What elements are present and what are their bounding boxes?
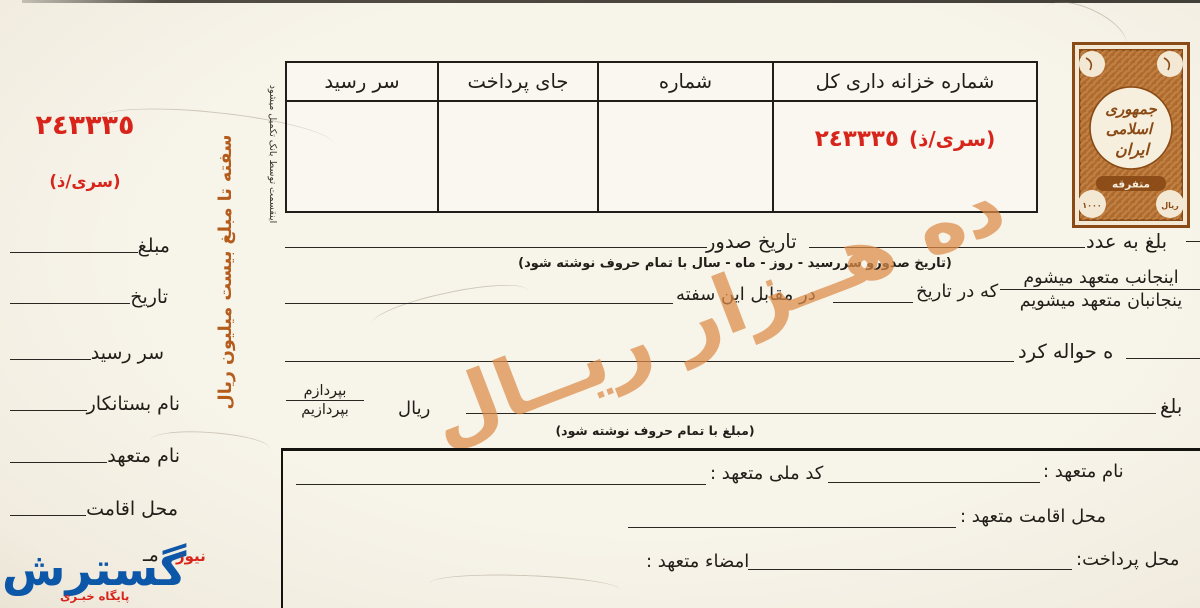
stub-row-obligor: نام متعهد [8, 441, 180, 467]
table-header-due-date: سر رسید [287, 63, 437, 102]
stamp-currency: ریال [1161, 201, 1179, 210]
news-logo: گسترش نیوز پایگاه خبـری [2, 538, 237, 608]
bank-completion-note: اینقسمت توسط بانک تکمیل میشود [264, 64, 278, 244]
on-date-label: که در تاریخ [916, 281, 998, 302]
stub-row-residence: محل اقامت [8, 494, 178, 520]
table-header-payment-place: جای پرداخت [439, 63, 597, 102]
pay-verb-stack: بپردازم بپردازیم [286, 383, 364, 418]
logo-tagline: پایگاه خبـری [60, 589, 129, 603]
stamp-banner-text: متفرقه [1112, 179, 1150, 191]
stub-amount-label: مبلغ [138, 235, 170, 257]
blank-line [10, 462, 107, 463]
stamp-country-line2: اسلامی [1106, 120, 1154, 138]
treasury-serial-series: (سری/ذ) [909, 127, 995, 151]
amount-words-label: بلغ [1160, 395, 1182, 418]
blank-line [10, 515, 86, 516]
blank-line [828, 482, 1040, 483]
obligor-singular-label: اینجانب متعهد میشوم [1023, 268, 1178, 288]
blank-line [10, 303, 130, 304]
treasury-serial-number: ٢٤٣٣٣٥ [815, 126, 899, 152]
blank-line [748, 569, 1072, 570]
pay-plural-label: بپردازیم [286, 400, 364, 418]
blank-line [285, 247, 707, 248]
stub-row-date: تاریخ [8, 282, 168, 308]
table-header-treasury-number: شماره خزانه داری کل [774, 63, 1036, 102]
paper-crease [369, 276, 532, 340]
logo-news-badge: نیوز [176, 547, 206, 565]
table-col-place: جای پرداخت [437, 63, 597, 211]
stub-obligor-label: نام متعهد [107, 445, 180, 467]
national-code-label: کد ملی متعهد : [710, 463, 823, 484]
revenue-stamp: جمهوری اسلامی ایران متفرقه ۱۰۰۰ ریال [1072, 42, 1190, 228]
obligor-plural-label: ینجانبان متعهد میشویم [1000, 289, 1200, 311]
stub-row-due: سر رسید [8, 338, 164, 364]
pay-singular-label: بپردازم [304, 383, 347, 399]
stub-row-creditor: نام بستانکار [8, 389, 180, 415]
blank-line [296, 484, 706, 485]
table-col-due: سر رسید [287, 63, 437, 211]
blank-line [10, 410, 87, 411]
payment-place-label: محل پرداخت: [1076, 549, 1179, 570]
obligor-undertake-stack: اینجانب متعهد میشوم ینجانبان متعهد میشوی… [1000, 268, 1200, 311]
obligor-residence-label: محل اقامت متعهد : [960, 506, 1106, 527]
stub-serial-number: ٢٤٣٣٣٥ [26, 110, 144, 141]
table-header-number: شماره [599, 63, 772, 102]
stub-creditor-label: نام بستانکار [87, 393, 180, 415]
obligor-signature-label: امضاء متعهد : [646, 551, 749, 572]
blank-line [1186, 241, 1200, 242]
blank-line [1126, 358, 1200, 359]
logo-wordmark: گسترش [2, 542, 186, 596]
blank-line [628, 527, 956, 528]
table-cell-payment-place [439, 102, 597, 211]
table-col-number: شماره [597, 63, 772, 211]
stub-serial-series: (سری/ذ) [36, 172, 134, 191]
table-cell-due-date [287, 102, 437, 211]
table-cell-number [599, 102, 772, 211]
stamp-country-line3: ایران [1115, 140, 1151, 160]
stub-due-label: سر رسید [91, 342, 164, 364]
scan-top-edge [22, 0, 1200, 3]
amount-digits-label: بلغ به عدد [1086, 230, 1167, 253]
blank-line [10, 252, 138, 253]
obligor-name-label: نام متعهد : [1043, 461, 1124, 482]
stub-row-amount: مبلغ [8, 231, 170, 257]
blank-line [10, 359, 91, 360]
stamp-country-line1: جمهوری [1105, 100, 1157, 118]
note-limit-side-text: سفته تا مبلغ بیست میلیون ریال [216, 92, 236, 452]
stamp-value: ۱۰۰۰ [1082, 201, 1102, 210]
amount-words-hint: (مبلغ با تمام حروف نوشته شود) [515, 423, 795, 438]
stub-date-label: تاریخ [130, 286, 168, 308]
order-of-label: ه حواله کرد [1018, 340, 1113, 363]
stub-residence-label: محل اقامت [86, 498, 178, 520]
promissory-note-scan: ٢٤٣٣٣٥ (سری/ذ) مبلغ تاریخ سر رسید نام بس… [0, 0, 1200, 608]
